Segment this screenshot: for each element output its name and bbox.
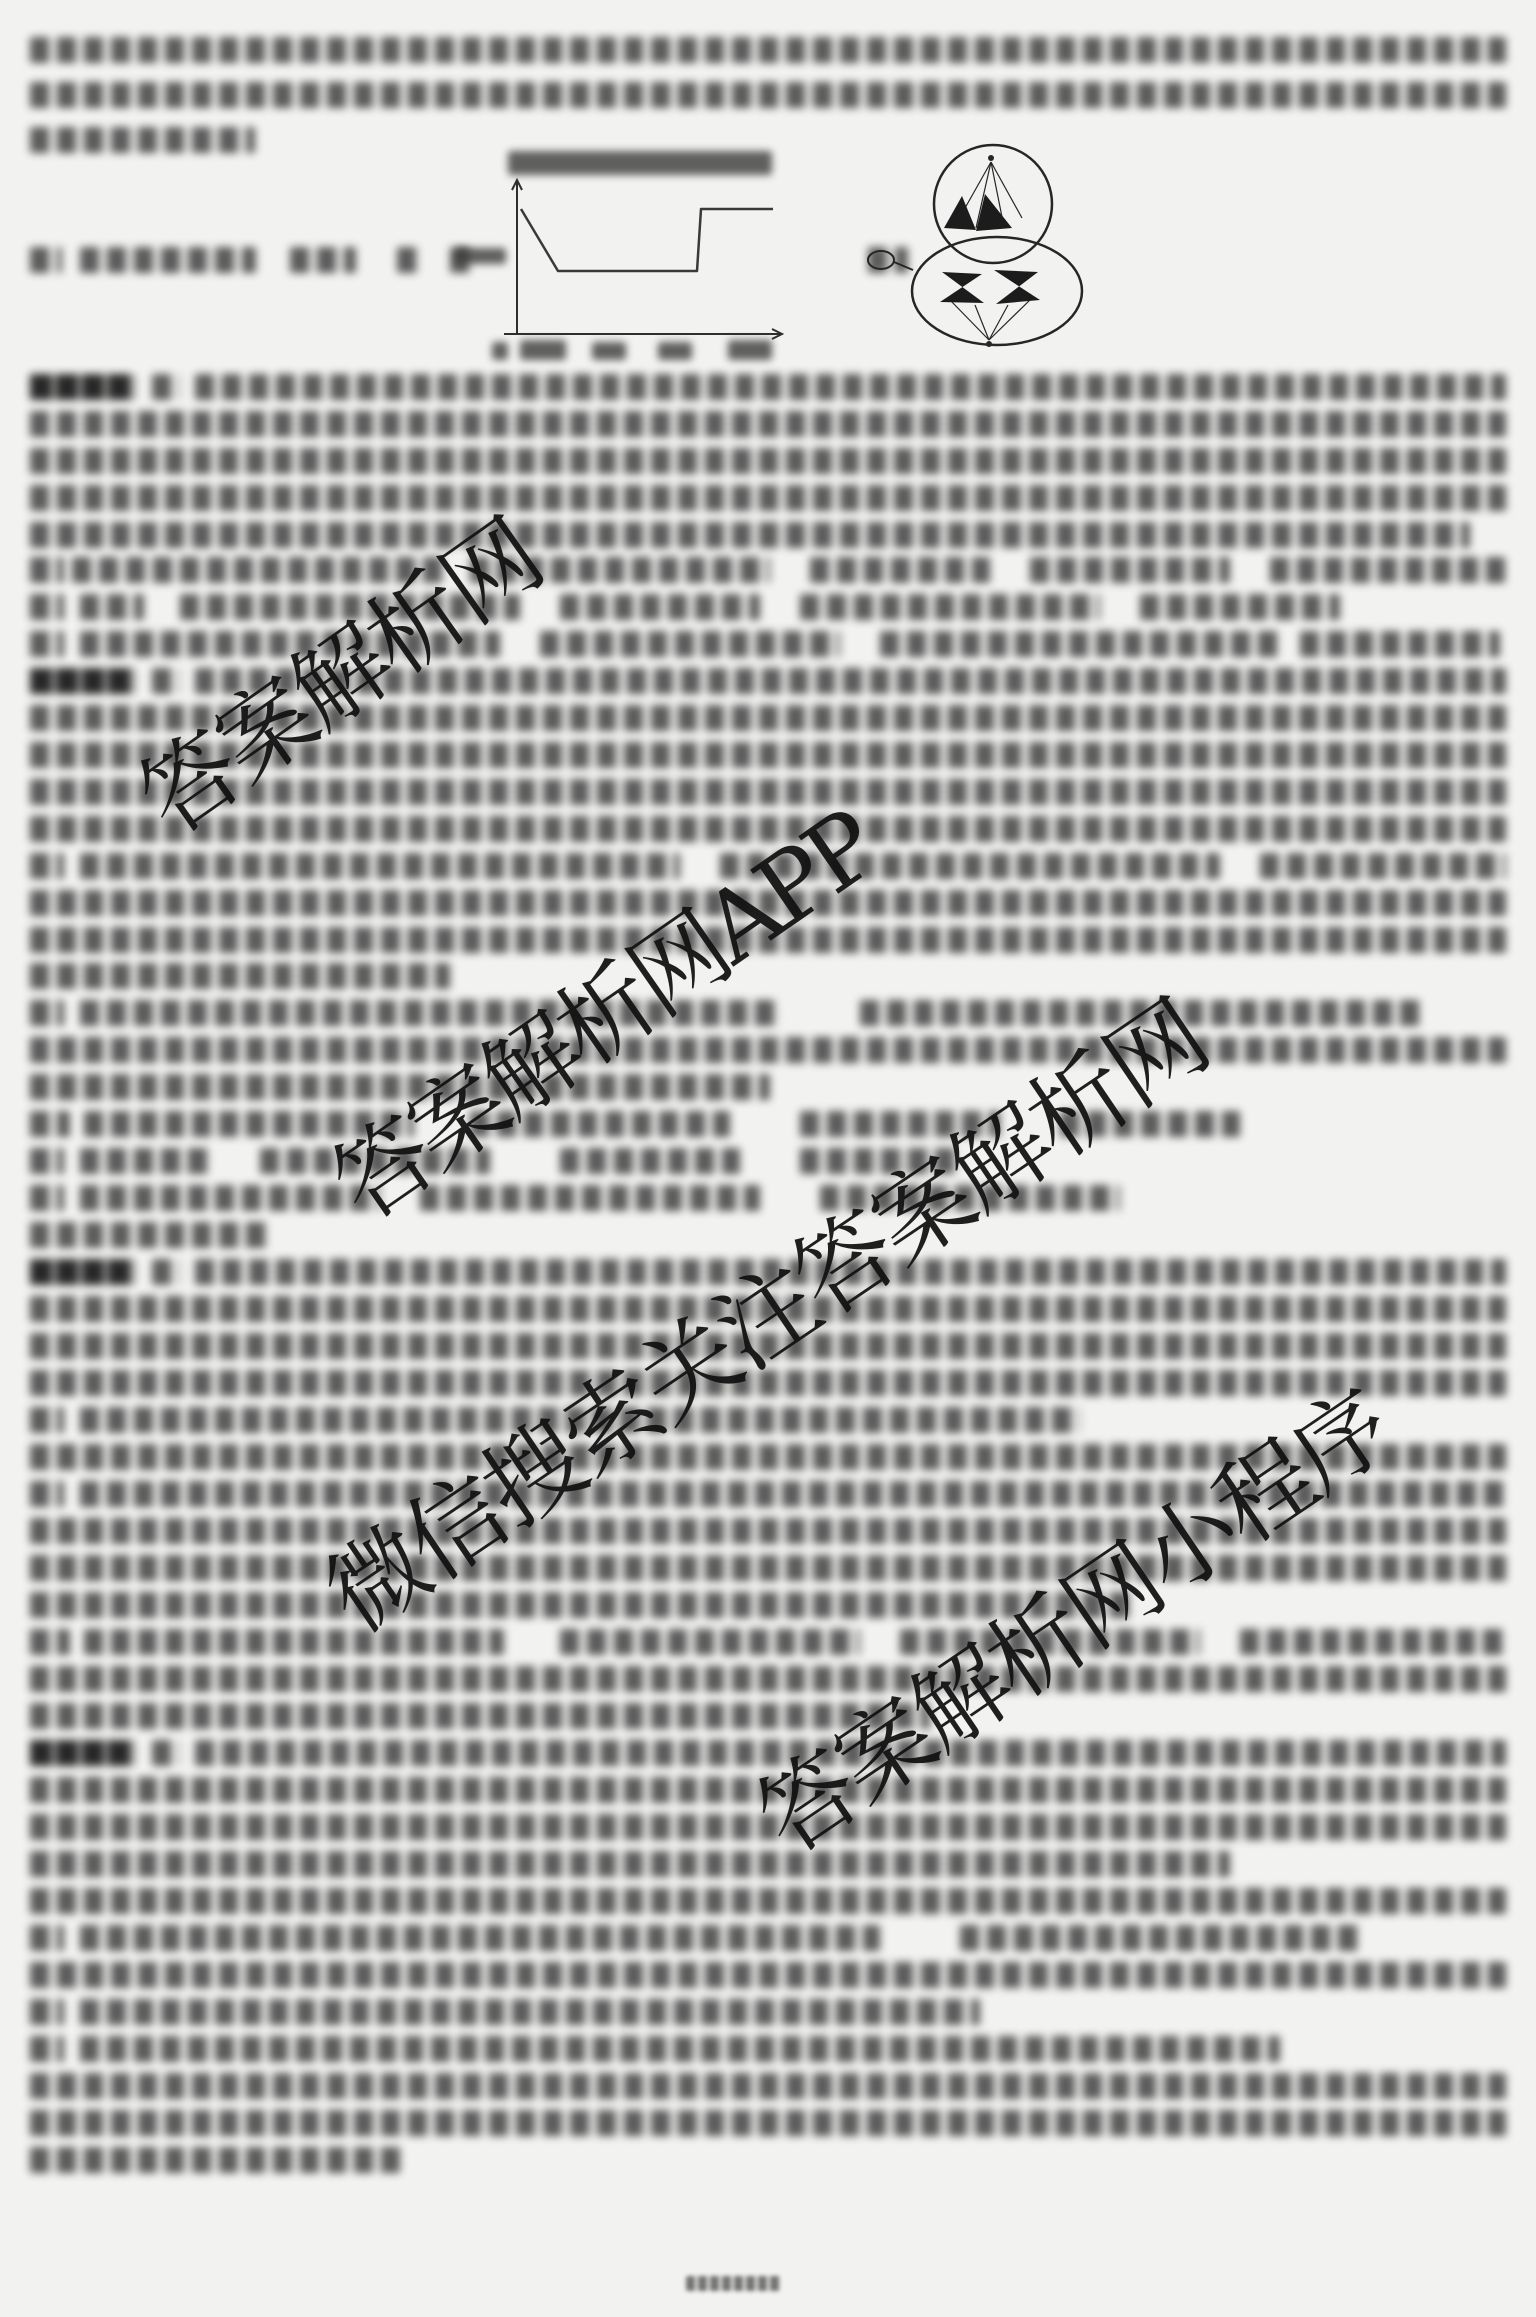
polar-body-neck bbox=[894, 262, 913, 270]
chromosome bbox=[994, 270, 1040, 304]
chart-tick-label-blurred bbox=[658, 342, 692, 360]
chart-curve bbox=[521, 209, 773, 271]
spindle-fiber bbox=[950, 300, 989, 340]
cell-small-membrane bbox=[934, 145, 1052, 263]
chart-tick-label-blurred bbox=[728, 340, 772, 360]
scanned-answer-page: 答案解析网答案解析网APP微信搜索关注答案解析网答案解析网小程序 bbox=[0, 0, 1536, 2317]
chart-origin-label-blurred bbox=[492, 342, 508, 360]
chart-y-label-blurred bbox=[456, 248, 506, 264]
cell-large-membrane bbox=[912, 237, 1082, 345]
spindle-fiber bbox=[989, 298, 1032, 340]
polar-body bbox=[868, 251, 894, 269]
bottom-centriole-dot bbox=[986, 341, 992, 347]
chromosome bbox=[940, 272, 984, 303]
chromosome bbox=[976, 194, 1012, 231]
chromosome bbox=[944, 196, 976, 230]
chart-tick-label-blurred bbox=[520, 340, 566, 360]
top-centriole-dot bbox=[988, 155, 994, 161]
figure-layer bbox=[0, 0, 1536, 2317]
spindle-fiber bbox=[989, 305, 1008, 340]
chart-title-blurred bbox=[508, 151, 772, 175]
chart-tick-label-blurred bbox=[592, 342, 626, 360]
spindle-fiber bbox=[975, 305, 989, 340]
